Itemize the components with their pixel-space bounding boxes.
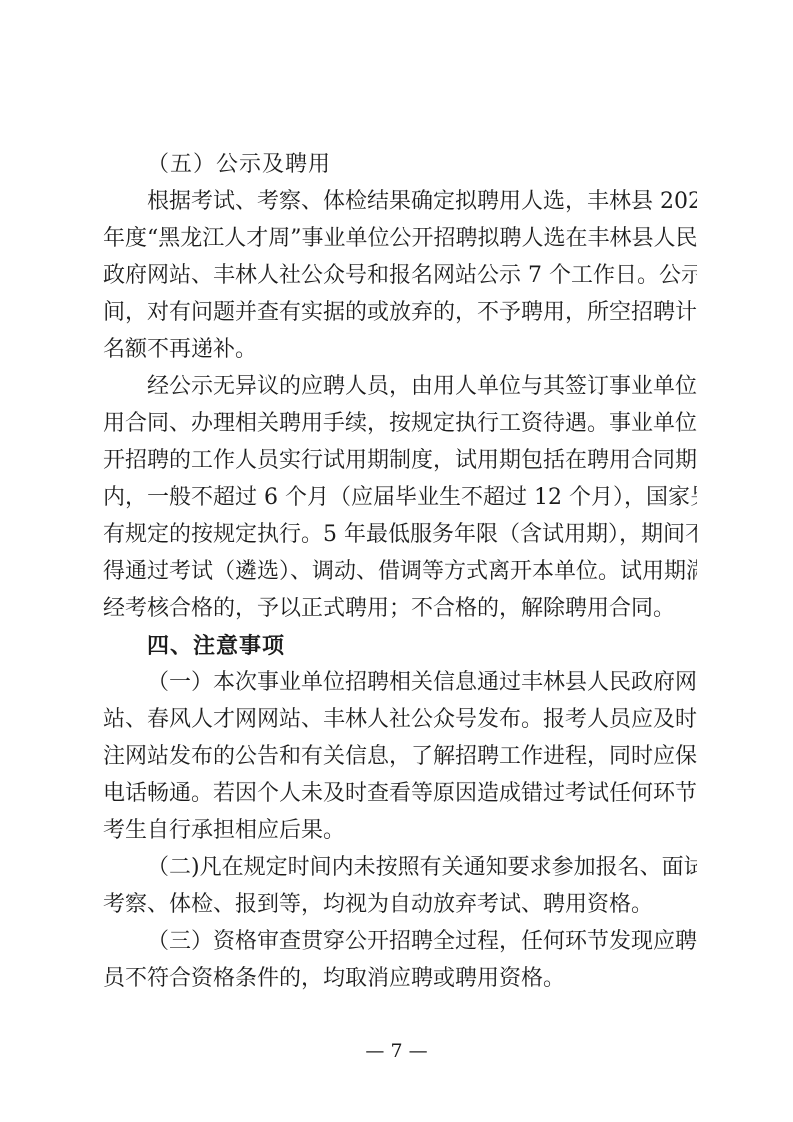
text-line: 用合同、办理相关聘用手续，按规定执行工资待遇。事业单位公: [103, 405, 697, 442]
text-line: 开招聘的工作人员实行试用期制度，试用期包括在聘用合同期限: [103, 442, 697, 479]
text-line: 名额不再递补。: [103, 331, 697, 368]
text-line: 年度“黑龙江人才周”事业单位公开招聘拟聘人选在丰林县人民: [103, 220, 697, 257]
text-line: 考生自行承担相应后果。: [103, 812, 697, 849]
text-line: 根据考试、考察、体检结果确定拟聘用人选，丰林县 2024: [103, 183, 697, 220]
section-heading-5-publicity-and-employment: （五）公示及聘用: [103, 146, 697, 183]
text-line: （五）公示及聘用: [103, 146, 697, 183]
text-line: （三）资格审查贯穿公开招聘全过程，任何环节发现应聘人: [103, 923, 697, 960]
text-line: 经考核合格的，予以正式聘用；不合格的，解除聘用合同。: [103, 590, 697, 627]
document-page: （五）公示及聘用根据考试、考察、体检结果确定拟聘用人选，丰林县 2024年度“黑…: [0, 0, 793, 1122]
paragraph-publicity-period: 根据考试、考察、体检结果确定拟聘用人选，丰林县 2024年度“黑龙江人才周”事业…: [103, 183, 697, 368]
text-line: 电话畅通。若因个人未及时查看等原因造成错过考试任何环节，: [103, 775, 697, 812]
text-line: 内，一般不超过 6 个月（应届毕业生不超过 12 个月），国家另: [103, 479, 697, 516]
text-line: 员不符合资格条件的，均取消应聘或聘用资格。: [103, 960, 697, 997]
document-body: （五）公示及聘用根据考试、考察、体检结果确定拟聘用人选，丰林县 2024年度“黑…: [103, 146, 697, 997]
text-line: 经公示无异议的应聘人员，由用人单位与其签订事业单位聘: [103, 368, 697, 405]
text-line: 考察、体检、报到等，均视为自动放弃考试、聘用资格。: [103, 886, 697, 923]
text-line: 间，对有问题并查有实据的或放弃的，不予聘用，所空招聘计划: [103, 294, 697, 331]
text-line: 有规定的按规定执行。5 年最低服务年限（含试用期），期间不: [103, 516, 697, 553]
page-number: — 7 —: [365, 1040, 427, 1062]
text-line: 四、注意事项: [103, 627, 697, 664]
section-heading-4-notes: 四、注意事项: [103, 627, 697, 664]
paragraph-note-3-qualification-review: （三）资格审查贯穿公开招聘全过程，任何环节发现应聘人员不符合资格条件的，均取消应…: [103, 923, 697, 997]
text-line: 注网站发布的公告和有关信息，了解招聘工作进程，同时应保持: [103, 738, 697, 775]
text-line: 得通过考试（遴选）、调动、借调等方式离开本单位。试用期满: [103, 553, 697, 590]
paragraph-note-2-automatic-forfeiture: （二)凡在规定时间内未按照有关通知要求参加报名、面试、考察、体检、报到等，均视为…: [103, 849, 697, 923]
paragraph-contract-and-probation: 经公示无异议的应聘人员，由用人单位与其签订事业单位聘用合同、办理相关聘用手续，按…: [103, 368, 697, 627]
text-line: 站、春风人才网网站、丰林人社公众号发布。报考人员应及时关: [103, 701, 697, 738]
text-line: （二)凡在规定时间内未按照有关通知要求参加报名、面试、: [103, 849, 697, 886]
paragraph-note-1-information-release: （一）本次事业单位招聘相关信息通过丰林县人民政府网站、春风人才网网站、丰林人社公…: [103, 664, 697, 849]
page-footer: — 7 —: [0, 1038, 793, 1064]
text-line: （一）本次事业单位招聘相关信息通过丰林县人民政府网: [103, 664, 697, 701]
text-line: 政府网站、丰林人社公众号和报名网站公示 7 个工作日。公示期: [103, 257, 697, 294]
